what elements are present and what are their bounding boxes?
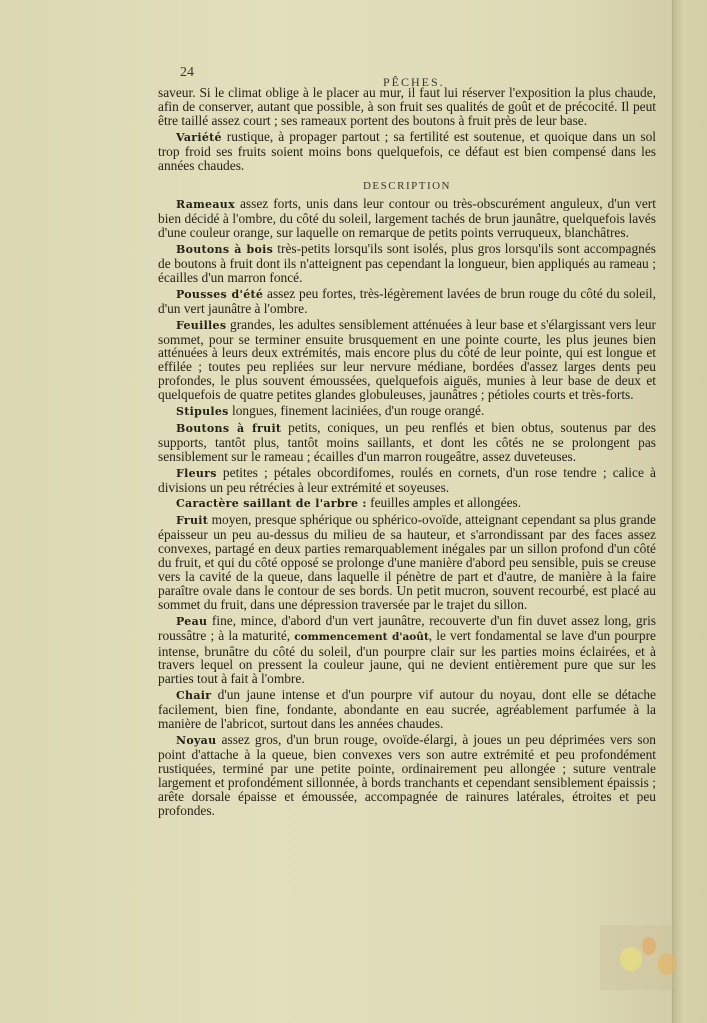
paragraph-lead: Stipules (176, 405, 229, 418)
feuilles-paragraph: Feuilles grandes, les adultes sensibleme… (158, 318, 656, 402)
page-number: 24 (180, 66, 194, 80)
page-header: 24 PÊCHES. (158, 66, 656, 86)
fruit-shape (642, 937, 656, 955)
paragraph-text: feuilles amples et allongées. (367, 495, 521, 510)
peau-paragraph: Peau fine, mince, d'abord d'un vert jaun… (158, 614, 656, 687)
chair-paragraph: Chair d'un jaune intense et d'un pourpre… (158, 688, 656, 731)
pousses-d-ete-paragraph: Pousses d'été assez peu fortes, très-lég… (158, 287, 656, 316)
boutons-a-fruit-paragraph: Boutons à fruit petits, coniques, un peu… (158, 421, 656, 464)
fruit-shape (620, 947, 642, 971)
fruit-paragraph: Fruit moyen, presque sphérique ou sphéri… (158, 513, 656, 611)
noyau-paragraph: Noyau assez gros, d'un brun rouge, ovoïd… (158, 733, 656, 817)
fruit-shape (658, 953, 676, 975)
section-heading: DESCRIPTION (158, 180, 656, 194)
paragraph-lead: Fruit (176, 514, 208, 527)
caractere-saillant-paragraph: Caractère saillant de l'arbre : feuilles… (158, 496, 656, 511)
intro-paragraph: saveur. Si le climat oblige à le placer … (158, 86, 656, 128)
paragraph-text: petites ; pétales obcordifomes, roulés e… (158, 465, 656, 495)
paragraph-lead: Caractère saillant de l'arbre : (176, 497, 367, 510)
boutons-a-bois-paragraph: Boutons à bois très-petits lorsqu'ils so… (158, 242, 656, 285)
facing-page-edge (672, 0, 707, 1023)
paragraph-text: assez gros, d'un brun rouge, ovoïde-élar… (158, 732, 656, 818)
paragraph-lead: Pousses d'été (176, 288, 263, 301)
paragraph-lead: Peau (176, 615, 207, 628)
paragraph-text: longues, finement laciniées, d'un rouge … (229, 403, 485, 418)
page-content: 24 PÊCHES. saveur. Si le climat oblige à… (158, 66, 656, 819)
paragraph-lead: Fleurs (176, 467, 217, 480)
ripening-date: commencement d'août (294, 631, 429, 643)
variete-paragraph: Variété rustique, à propager partout ; s… (158, 130, 656, 173)
bleed-through-fruit-illustration (600, 925, 675, 990)
paragraph-lead: Rameaux (176, 198, 235, 211)
paragraph-text: rustique, à propager partout ; sa fertil… (158, 129, 656, 173)
paragraph-lead: Feuilles (176, 319, 226, 332)
running-title: PÊCHES. (383, 76, 445, 90)
fleurs-paragraph: Fleurs petites ; pétales obcordifomes, r… (158, 466, 656, 495)
rameaux-paragraph: Rameaux assez forts, unis dans leur cont… (158, 197, 656, 240)
paragraph-text: grandes, les adultes sensiblement atténu… (158, 317, 656, 403)
paragraph-lead: Chair (176, 689, 211, 702)
paragraph-text: d'un jaune intense et d'un pourpre vif a… (158, 687, 656, 731)
stipules-paragraph: Stipules longues, finement laciniées, d'… (158, 404, 656, 419)
paragraph-lead: Variété (176, 131, 222, 144)
paragraph-text: moyen, presque sphérique ou sphérico-ovo… (158, 512, 656, 611)
paragraph-lead: Boutons à fruit (176, 422, 281, 435)
paragraph-lead: Boutons à bois (176, 243, 273, 256)
paragraph-lead: Noyau (176, 734, 216, 747)
